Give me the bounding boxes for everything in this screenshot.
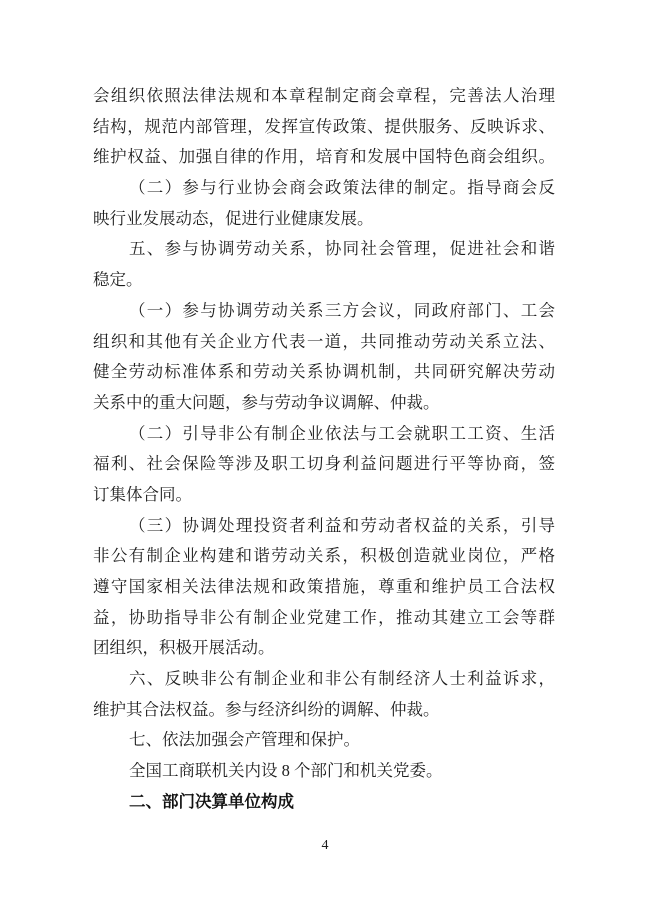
text-line: （一）参与协调劳动关系三方会议，同政府部门、工会 [93, 296, 555, 327]
text-line: 遵守国家相关法律法规和政策措施，尊重和维护员工合法权 [93, 572, 555, 603]
text-line: 维护权益、加强自律的作用，培育和发展中国特色商会组织。 [93, 142, 555, 173]
text-line: 五、参与协调劳动关系，协同社会管理，促进社会和谐 [93, 234, 555, 265]
text-line: 益，协助指导非公有制企业党建工作，推动其建立工会等群 [93, 603, 555, 634]
text-line: （二）引导非公有制企业依法与工会就职工工资、生活 [93, 419, 555, 450]
text-line: 二、部门决算单位构成 [93, 787, 555, 818]
text-line: 团组织，积极开展活动。 [93, 633, 555, 664]
text-line: 健全劳动标准体系和劳动关系协调机制，共同研究解决劳动 [93, 357, 555, 388]
text-line: 福利、社会保险等涉及职工切身利益问题进行平等协商，签 [93, 449, 555, 480]
text-line: 七、依法加强会产管理和保护。 [93, 725, 555, 756]
text-line: 六、反映非公有制企业和非公有制经济人士利益诉求， [93, 664, 555, 695]
text-line: 关系中的重大问题，参与劳动争议调解、仲裁。 [93, 388, 555, 419]
text-line: 全国工商联机关内设 8 个部门和机关党委。 [93, 756, 555, 787]
text-line: 维护其合法权益。参与经济纠纷的调解、仲裁。 [93, 695, 555, 726]
text-line: （二）参与行业协会商会政策法律的制定。指导商会反 [93, 173, 555, 204]
text-line: 映行业发展动态，促进行业健康发展。 [93, 204, 555, 235]
text-line: 非公有制企业构建和谐劳动关系，积极创造就业岗位，严格 [93, 541, 555, 572]
text-line: 会组织依照法律法规和本章程制定商会章程，完善法人治理 [93, 81, 555, 112]
document-page: 会组织依照法律法规和本章程制定商会章程，完善法人治理结构，规范内部管理，发挥宣传… [0, 0, 650, 919]
text-line: 组织和其他有关企业方代表一道，共同推动劳动关系立法、 [93, 327, 555, 358]
page-number: 4 [0, 837, 650, 855]
text-line: 订集体合同。 [93, 480, 555, 511]
text-line: 结构，规范内部管理，发挥宣传政策、提供服务、反映诉求、 [93, 112, 555, 143]
text-line: 稳定。 [93, 265, 555, 296]
text-line: （三）协调处理投资者利益和劳动者权益的关系，引导 [93, 511, 555, 542]
document-body: 会组织依照法律法规和本章程制定商会章程，完善法人治理结构，规范内部管理，发挥宣传… [93, 81, 555, 818]
